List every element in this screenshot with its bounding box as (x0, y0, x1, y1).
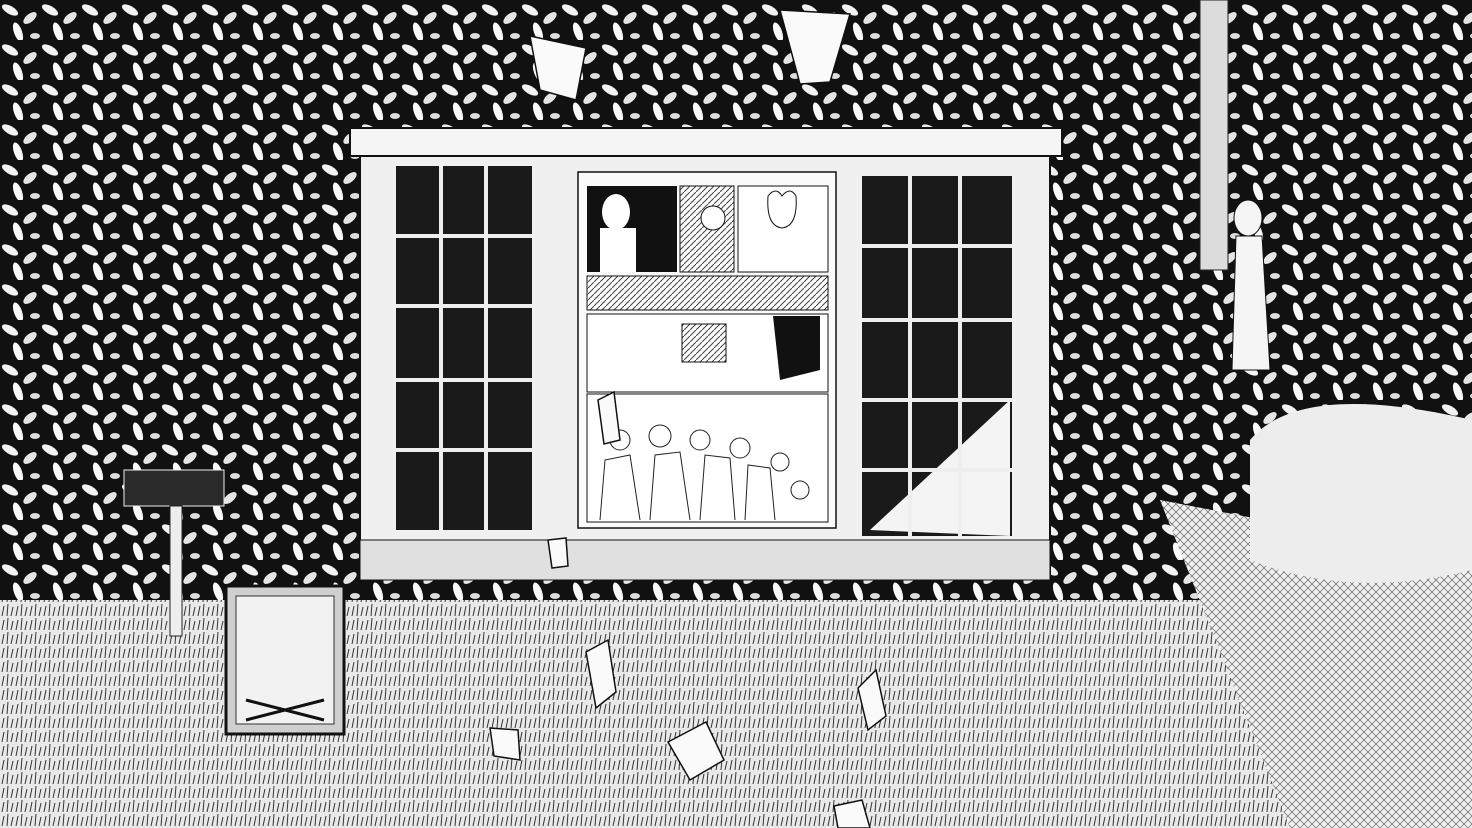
comic-page (578, 172, 836, 528)
utility-pole (1200, 0, 1228, 270)
glass-box (226, 586, 344, 734)
ink-illustration (0, 0, 1472, 828)
illustration-svg (0, 0, 1472, 828)
